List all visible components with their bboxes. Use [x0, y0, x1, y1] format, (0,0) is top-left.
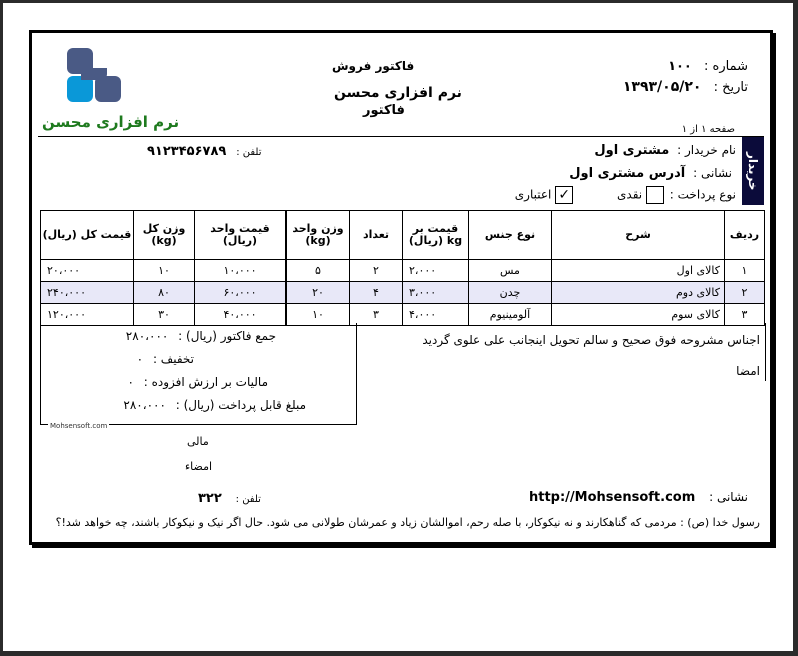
invoice-number-label: شماره :: [704, 59, 748, 74]
col-header-unit-price: قیمت واحد (ریال): [195, 211, 287, 260]
cell-total-price: ۲۴۰،۰۰۰: [41, 282, 134, 304]
cell-unit-price: ۱۰،۰۰۰: [195, 260, 287, 282]
payment-cash-label: نقدی: [617, 188, 642, 202]
report-page: نرم افزاری محسن فاکتور فروش نرم افزاری م…: [3, 3, 793, 651]
buyer-address: نشانی : آدرس مشتری اول: [569, 166, 732, 181]
payment-type: نوع پرداخت : نقدی ✓ اعتباری: [515, 186, 736, 204]
payable-label: مبلغ قابل پرداخت (ریال) :: [176, 398, 306, 412]
col-header-row: ردیف: [725, 211, 765, 260]
payment-type-label: نوع پرداخت :: [670, 188, 736, 202]
invoice-date-label: تاریخ :: [714, 80, 748, 95]
vat-label: مالیات بر ارزش افزوده :: [144, 375, 268, 389]
cell-total-weight: ۸۰: [134, 282, 195, 304]
cell-price-per-kg: ۲،۰۰۰: [403, 260, 469, 282]
cell-price-per-kg: ۴،۰۰۰: [403, 304, 469, 326]
buyer-name-label: نام خریدار :: [677, 143, 736, 157]
cell-row: ۲: [725, 282, 765, 304]
finance-label: مالی: [187, 435, 209, 448]
buyer-section-tag: خریدار: [742, 137, 764, 205]
cell-desc: کالای اول: [552, 260, 725, 282]
footer-address-label: نشانی :: [709, 490, 748, 504]
col-header-total-weight: وزن کل (kg): [134, 211, 195, 260]
cell-type: چدن: [469, 282, 552, 304]
col-header-price-per-kg: قیمت بر kg (ریال): [403, 211, 469, 260]
company-logo: [67, 48, 127, 108]
col-header-type: نوع جنس: [469, 211, 552, 260]
col-header-qty: تعداد: [350, 211, 403, 260]
cell-type: آلومینیوم: [469, 304, 552, 326]
receipt-statement: اجناس مشروحه فوق صحیح و سالم تحویل اینجا…: [422, 333, 760, 347]
header-divider: [38, 136, 764, 137]
buyer-phone-label: تلفن :: [236, 147, 261, 158]
vat-value: ۰: [127, 375, 133, 389]
cell-total-weight: ۱۰: [134, 260, 195, 282]
col-header-total-price: قیمت کل (ریال): [41, 211, 134, 260]
cell-qty: ۴: [350, 282, 403, 304]
buyer-name: نام خریدار : مشتری اول: [594, 143, 736, 158]
finance-signature: امضاء: [185, 460, 212, 473]
buyer-address-label: نشانی :: [693, 166, 732, 180]
buyer-phone-value: ۹۱۲۳۴۵۶۷۸۹: [147, 144, 226, 159]
invoice-number: شماره : ۱۰۰: [668, 59, 748, 74]
page-info: صفحه ۱ از ۱: [682, 124, 735, 135]
table-row: ۱ کالای اول مس ۲،۰۰۰ ۲ ۵ ۱۰،۰۰۰ ۱۰ ۲۰،۰۰…: [41, 260, 765, 282]
table-row: ۲ کالای دوم چدن ۳،۰۰۰ ۴ ۲۰ ۶۰،۰۰۰ ۸۰ ۲۴۰…: [41, 282, 765, 304]
vat: مالیات بر ارزش افزوده : ۰: [127, 375, 268, 389]
payment-credit-checkbox[interactable]: ✓: [555, 186, 573, 204]
cell-row: ۱: [725, 260, 765, 282]
logo-text: نرم افزاری محسن: [42, 113, 179, 131]
invoice-sum: جمع فاکتور (ریال) : ۲۸۰،۰۰۰: [126, 329, 276, 343]
items-table: ردیف شرح نوع جنس قیمت بر kg (ریال) تعداد…: [40, 210, 765, 326]
cell-price-per-kg: ۳،۰۰۰: [403, 282, 469, 304]
invoice-title: فاکتور: [363, 103, 405, 118]
invoice-sum-label: جمع فاکتور (ریال) :: [178, 329, 276, 343]
items-table-header: ردیف شرح نوع جنس قیمت بر kg (ریال) تعداد…: [41, 211, 765, 260]
cell-qty: ۳: [350, 304, 403, 326]
payment-cash-checkbox[interactable]: [646, 186, 664, 204]
col-header-unit-weight: وزن واحد (kg): [286, 211, 350, 260]
cell-total-price: ۲۰،۰۰۰: [41, 260, 134, 282]
buyer-phone: تلفن : ۹۱۲۳۴۵۶۷۸۹: [147, 144, 262, 159]
invoice-number-value: ۱۰۰: [668, 59, 692, 74]
footer-phone-value: ۳۲۲: [198, 491, 222, 506]
lower-right-border: [765, 323, 766, 381]
invoice-sum-value: ۲۸۰،۰۰۰: [126, 329, 169, 343]
company-name: نرم افزاری محسن: [334, 85, 462, 101]
invoice-date-value: ۱۳۹۳/۰۵/۲۰: [623, 79, 702, 95]
payable-value: ۲۸۰،۰۰۰: [123, 398, 166, 412]
cell-desc: کالای سوم: [552, 304, 725, 326]
buyer-name-value: مشتری اول: [594, 143, 669, 158]
footer-phone: تلفن : ۳۲۲: [198, 491, 261, 506]
cell-type: مس: [469, 260, 552, 282]
totals-box: جمع فاکتور (ریال) : ۲۸۰،۰۰۰ تخفیف : ۰ ما…: [40, 323, 357, 425]
invoice-date: تاریخ : ۱۳۹۳/۰۵/۲۰: [623, 79, 748, 95]
payable: مبلغ قابل پرداخت (ریال) : ۲۸۰،۰۰۰: [123, 398, 306, 412]
footer-phone-label: تلفن :: [236, 494, 261, 505]
payment-credit-label: اعتباری: [515, 188, 552, 202]
cell-unit-weight: ۵: [286, 260, 350, 282]
invoice-frame: نرم افزاری محسن فاکتور فروش نرم افزاری م…: [29, 30, 773, 545]
footer-website-link[interactable]: http://Mohsensoft.com: [529, 490, 695, 505]
discount: تخفیف : ۰: [137, 352, 194, 366]
col-header-desc: شرح: [552, 211, 725, 260]
watermark: Mohsensoft.com: [48, 422, 109, 430]
discount-label: تخفیف :: [153, 352, 194, 366]
cell-desc: کالای دوم: [552, 282, 725, 304]
cell-row: ۳: [725, 304, 765, 326]
cell-qty: ۲: [350, 260, 403, 282]
cell-unit-weight: ۲۰: [286, 282, 350, 304]
cell-unit-price: ۶۰،۰۰۰: [195, 282, 287, 304]
logo-connector-icon: [81, 68, 107, 80]
invoice-subtitle: فاکتور فروش: [332, 59, 414, 73]
receipt-signature: امضا: [736, 364, 760, 378]
discount-value: ۰: [137, 352, 143, 366]
footer-address: نشانی : http://Mohsensoft.com: [529, 490, 748, 505]
footer-quote: رسول خدا (ص) : مردمی که گناهکارند و نه ن…: [52, 517, 760, 529]
buyer-address-value: آدرس مشتری اول: [569, 166, 685, 181]
